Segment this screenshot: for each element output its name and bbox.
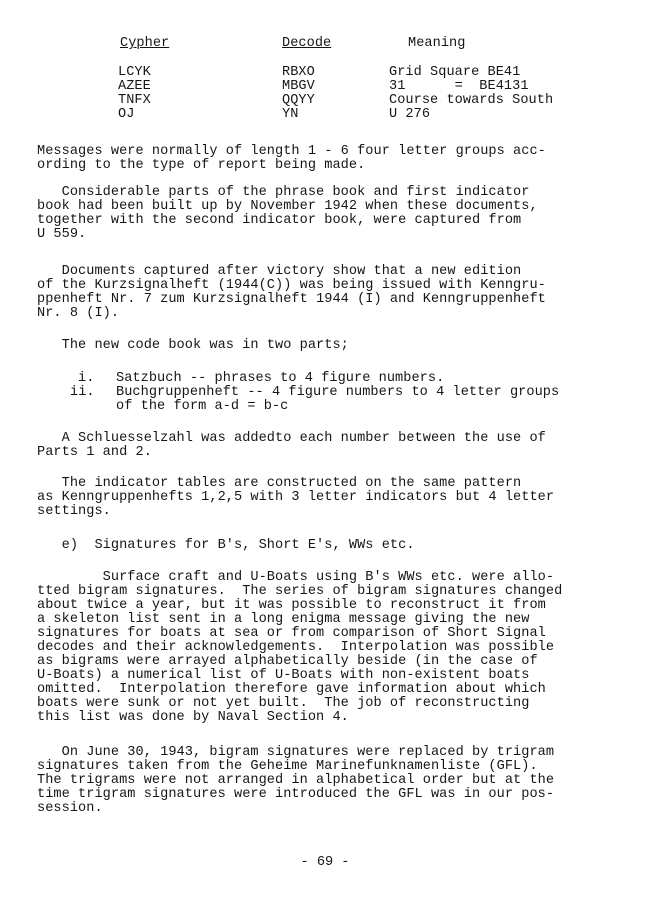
text-line: Parts 1 and 2. [37,446,152,460]
table-cell-meaning: 31 = BE4131 [389,80,529,94]
table-cell-decode: QQYY [282,94,315,108]
text-line: ording to the type of report being made. [37,159,365,173]
text-line: The indicator tables are constructed on … [37,477,521,491]
header-decode: Decode [282,37,331,51]
table-cell-decode: YN [282,108,298,122]
text-line: signatures for boats at sea or from comp… [37,627,546,641]
list-marker: ii. [70,386,95,400]
text-line: Nr. 8 (I). [37,307,119,321]
table-cell-meaning: Grid Square BE41 [389,66,520,80]
table-cell-cypher: OJ [118,108,134,122]
document-page: Cypher Decode Meaning LCYK RBXO Grid Squ… [0,0,650,900]
list-item: Satzbuch -- phrases to 4 figure numbers. [116,372,444,386]
text-line: about twice a year, but it was possible … [37,599,546,613]
list-item: Buchgruppenheft -- 4 figure numbers to 4… [116,386,559,400]
text-line: The trigrams were not arranged in alphab… [37,774,554,788]
text-line: On June 30, 1943, bigram signatures were… [37,746,554,760]
text-line: Messages were normally of length 1 - 6 f… [37,145,546,159]
text-line: omitted. Interpolation therefore gave in… [37,683,546,697]
text-line: session. [37,802,103,816]
text-line: The new code book was in two parts; [37,339,349,353]
text-line: this list was done by Naval Section 4. [37,711,349,725]
table-cell-cypher: AZEE [118,80,151,94]
text-line: time trigram signatures were introduced … [37,788,554,802]
text-line: A Schluesselzahl was addedto each number… [37,432,546,446]
header-cypher: Cypher [120,37,169,51]
text-line: tted bigram signatures. The series of bi… [37,585,562,599]
text-line: signatures taken from the Geheime Marine… [37,760,538,774]
list-item: of the form a-d = b-c [116,400,288,414]
text-line: as Kenngruppenhefts 1,2,5 with 3 letter … [37,491,554,505]
text-line: Surface craft and U-Boats using B's WWs … [37,571,554,585]
table-cell-decode: MBGV [282,80,315,94]
text-line: U-Boats) a numerical list of U-Boats wit… [37,669,529,683]
text-line: ppenheft Nr. 7 zum Kurzsignalheft 1944 (… [37,293,546,307]
text-line: a skeleton list sent in a long enigma me… [37,613,529,627]
text-line: of the Kurzsignalheft (1944(C)) was bein… [37,279,546,293]
text-line: Documents captured after victory show th… [37,265,521,279]
table-cell-cypher: LCYK [118,66,151,80]
section-heading: e) Signatures for B's, Short E's, WWs et… [37,539,415,553]
text-line: as bigrams were arrayed alphabetically b… [37,655,538,669]
list-marker: i. [78,372,94,386]
text-line: settings. [37,505,111,519]
text-line: boats were sunk or not yet built. The jo… [37,697,529,711]
page-number: - 69 - [0,856,650,870]
header-meaning: Meaning [408,37,465,51]
text-line: together with the second indicator book,… [37,214,521,228]
text-line: Considerable parts of the phrase book an… [37,186,529,200]
table-cell-cypher: TNFX [118,94,151,108]
table-cell-meaning: U 276 [389,108,430,122]
text-line: U 559. [37,228,86,242]
table-cell-meaning: Course towards South [389,94,553,108]
table-cell-decode: RBXO [282,66,315,80]
text-line: book had been built up by November 1942 … [37,200,538,214]
text-line: decodes and their acknowledgements. Inte… [37,641,554,655]
